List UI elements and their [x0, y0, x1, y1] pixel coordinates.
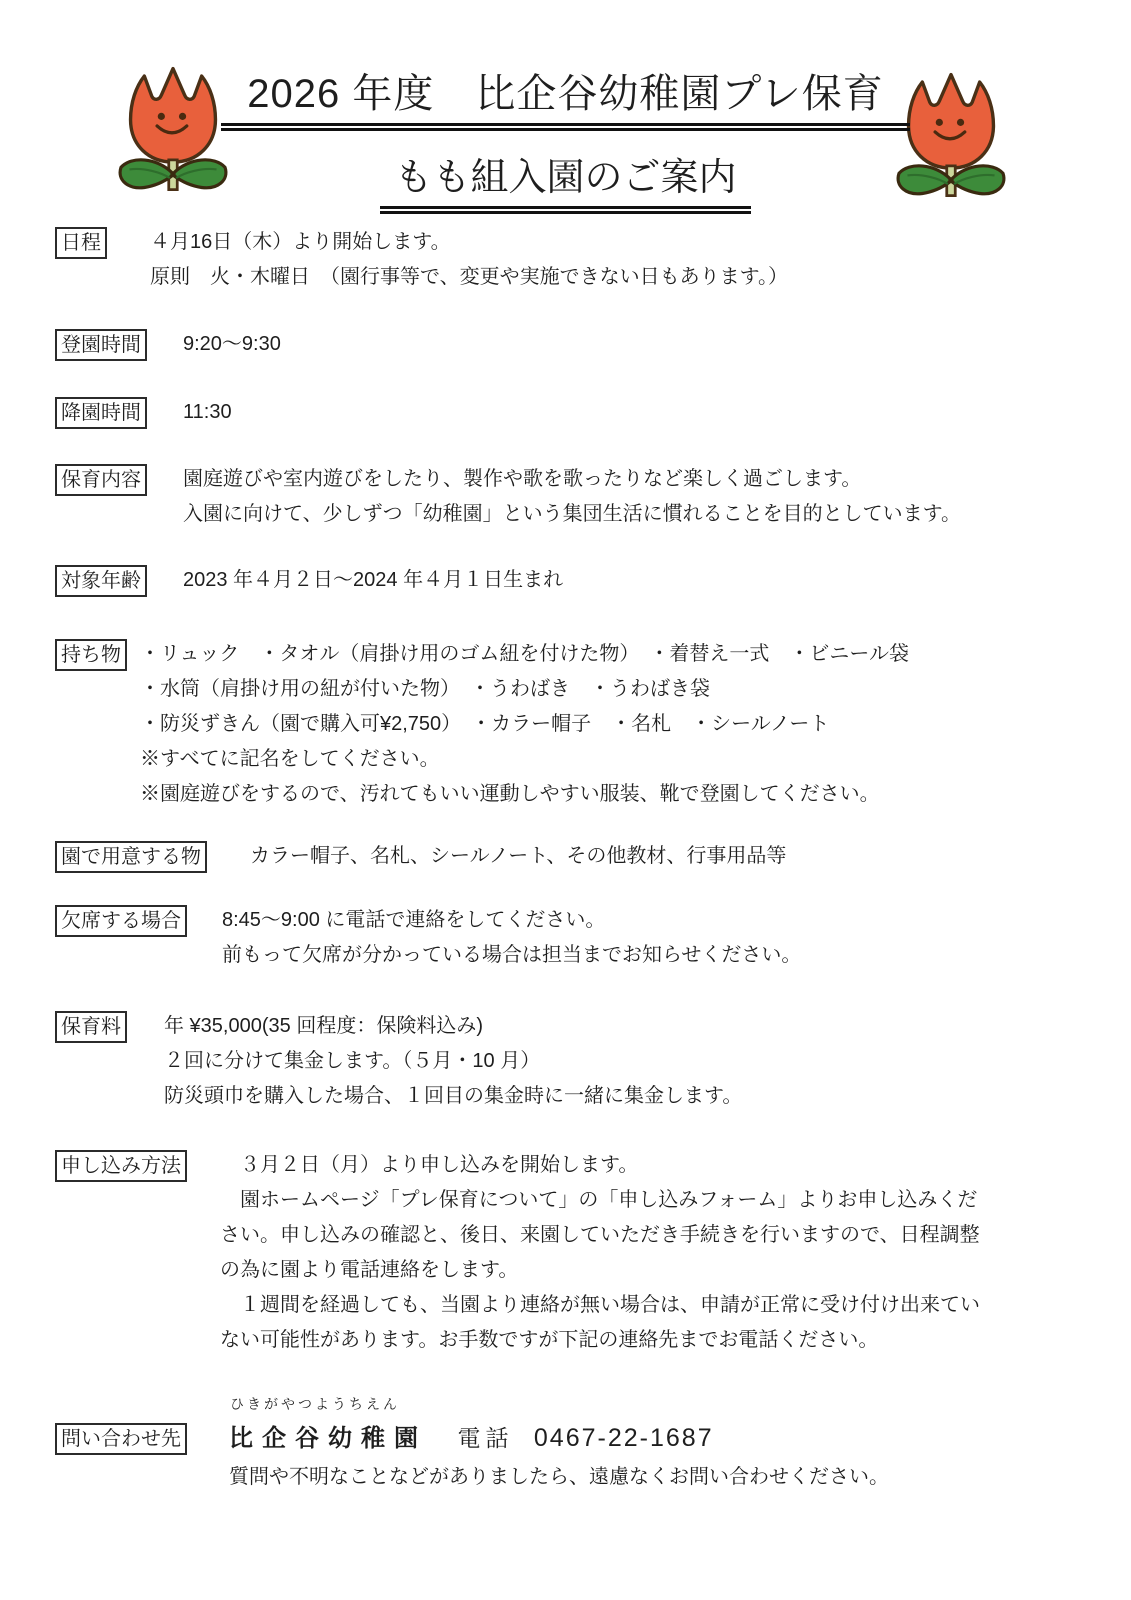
fee-line: ２回に分けて集金します。（５月・10 月） [164, 1044, 742, 1079]
application-line: の為に園より電話連絡をします。 [220, 1253, 980, 1288]
section-label-items-provided: 園で用意する物 [55, 841, 207, 873]
absence-line: 8:45～9:00 に電話で連絡をしてください。 [222, 903, 801, 938]
belongings-line: ・リュック ・タオル（肩掛け用のゴム紐を付けた物） ・着替え一式 ・ビニール袋 [140, 637, 909, 672]
care-content-line: 入園に向けて、少しずつ「幼稚園」という集団生活に慣れることを目的としています。 [183, 497, 961, 532]
section-label-departure-time: 降園時間 [55, 397, 147, 429]
belongings-line: ・防災ずきん（園で購入可¥2,750） ・カラー帽子 ・名札 ・シールノート [140, 707, 909, 742]
section-label-application: 申し込み方法 [55, 1150, 187, 1182]
kindergarten-name-ruby: ひきがやつようちえん [230, 1394, 400, 1414]
belongings-line: ・水筒（肩掛け用の紐が付いた物） ・うわばき ・うわばき袋 [140, 672, 909, 707]
care-content-line: 園庭遊びや室内遊びをしたり、製作や歌を歌ったりなど楽しく過ごします。 [183, 462, 961, 497]
fee-line: 年 ¥35,000(35 回程度：保険料込み) [164, 1009, 742, 1044]
application-line: ３月２日（月）より申し込みを開始します。 [220, 1148, 980, 1183]
contact-note: 質問や不明なことなどがありましたら、遠慮なくお問い合わせください。 [229, 1460, 889, 1489]
section-label-fee: 保育料 [55, 1011, 127, 1043]
application-line: さい。申し込みの確認と、後日、来園していただき手続きを行いますので、日程調整 [220, 1218, 980, 1253]
schedule-line: 原則 火・木曜日 （園行事等で、変更や実施できない日もあります。） [150, 260, 788, 295]
page-subtitle: もも組入園のご案内 [380, 146, 750, 214]
kindergarten-name: 比企谷幼稚園 [229, 1425, 427, 1452]
application-line: 園ホームページ「プレ保育について」の「申し込みフォーム」よりお申し込みくだ [220, 1183, 980, 1218]
header: 2026 年度 比企谷幼稚園プレ保育 もも組入園のご案内 [0, 62, 1131, 214]
page-title: 2026 年度 比企谷幼稚園プレ保育 [221, 62, 910, 131]
section-label-care-content: 保育内容 [55, 464, 147, 496]
belongings-note: ※すべてに記名をしてください。 [140, 742, 909, 777]
flyer-page: 2026 年度 比企谷幼稚園プレ保育 もも組入園のご案内 日程 ４月16日（木）… [0, 0, 1131, 1600]
phone-number: 0467-22-1687 [534, 1424, 714, 1452]
belongings-note: ※園庭遊びをするので、汚れてもいい運動しやすい服装、靴で登園してください。 [140, 777, 909, 812]
section-label-arrival-time: 登園時間 [55, 329, 147, 361]
application-line: ない可能性があります。お手数ですが下記の連絡先までお電話ください。 [220, 1323, 980, 1358]
contact-row: 比企谷幼稚園 電話 0467-22-1687 [229, 1418, 714, 1453]
arrival-time-value: 9:20～9:30 [183, 327, 281, 362]
application-line: １週間を経過しても、当園より連絡が無い場合は、申請が正常に受け付け出来てい [220, 1288, 980, 1323]
items-provided-value: カラー帽子、名札、シールノート、その他教材、行事用品等 [250, 839, 786, 874]
section-label-belongings: 持ち物 [55, 639, 127, 671]
section-label-absence: 欠席する場合 [55, 905, 187, 937]
phone-label: 電話 [457, 1425, 513, 1451]
schedule-line: ４月16日（木）より開始します。 [150, 225, 788, 260]
target-age-value: 2023 年４月２日～2024 年４月１日生まれ [183, 563, 563, 598]
fee-line: 防災頭巾を購入した場合、１回目の集金時に一緒に集金します。 [164, 1079, 742, 1114]
section-label-contact: 問い合わせ先 [55, 1423, 187, 1455]
absence-line: 前もって欠席が分かっている場合は担当までお知らせください。 [222, 938, 801, 973]
section-label-target-age: 対象年齢 [55, 565, 147, 597]
section-label-schedule: 日程 [55, 227, 107, 259]
departure-time-value: 11:30 [183, 395, 232, 430]
